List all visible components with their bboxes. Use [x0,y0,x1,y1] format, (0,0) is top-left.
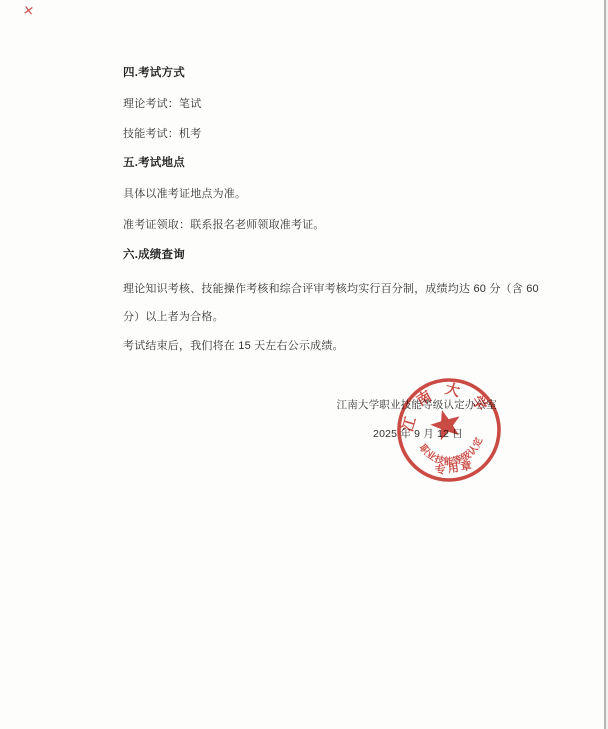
section-heading-exam-method: 四.考试方式 [123,66,185,80]
paragraph-score-publish: 考试结束后，我们将在 15 天左右公示成绩。 [123,339,344,353]
paragraph-location-note: 具体以准考证地点为准。 [123,187,246,201]
section-heading-score-inquiry: 六.成绩查询 [123,248,185,262]
section-heading-exam-location: 五.考试地点 [123,156,185,170]
paragraph-admission-ticket: 准考证领取：联系报名老师领取准考证。 [123,218,325,232]
paragraph-score-rule-line1: 理论知识考核、技能操作考核和综合评审考核均实行百分制，成绩均达 60 分（含 6… [123,282,539,296]
signature-date: 2025 年 9 月 12 日 [373,428,463,441]
paragraph-theory-exam: 理论考试：笔试 [123,97,201,111]
red-x-mark: ✕ [22,2,35,19]
signature-office-name: 江南大学职业技能等级认定办公室 [337,399,498,412]
paragraph-score-rule-line2: 分）以上者为合格。 [123,310,224,324]
scanned-document-page: ✕ 四.考试方式 理论考试：笔试 技能考试：机考 五.考试地点 具体以准考证地点… [0,0,608,729]
paragraph-skill-exam: 技能考试：机考 [123,127,201,141]
seal-special-use-text: 专用章 [434,458,475,477]
